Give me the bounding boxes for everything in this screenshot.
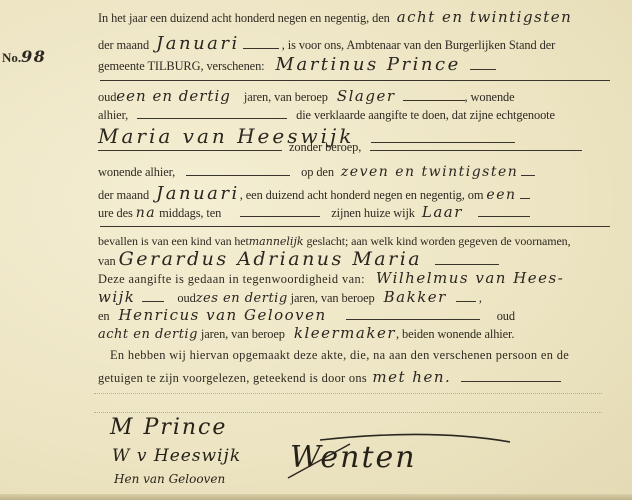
- printed-text: der maand: [98, 38, 149, 52]
- fill-line: [435, 263, 499, 265]
- fill-line: [478, 215, 530, 217]
- fill-line: [470, 68, 496, 70]
- handwritten-witness1-age: zes en dertig: [196, 291, 288, 306]
- printed-text: oud: [497, 309, 515, 323]
- empty-line: [94, 412, 602, 413]
- line-18: getuigen te zijn voorgelezen, geteekend …: [98, 368, 561, 386]
- handwritten-birth-hour: een: [486, 187, 516, 203]
- fill-line: [346, 318, 480, 320]
- printed-text: die verklaarde aangifte te doen, dat zij…: [296, 108, 555, 122]
- printed-text: , een duizend acht honderd negen en nege…: [240, 188, 484, 202]
- page-edge: [0, 494, 632, 500]
- printed-text: , verschenen:: [200, 59, 264, 73]
- fill-line: [456, 300, 476, 302]
- handwritten-witness1-occupation: Bakker: [384, 288, 447, 306]
- signature-witness2: Hen van Gelooven: [114, 472, 225, 486]
- printed-text: jaren, van beroep: [244, 90, 328, 104]
- line-13: Deze aangifte is gedaan in tegenwoordigh…: [98, 269, 564, 287]
- printed-text: getuigen te zijn voorgelezen, geteekend …: [98, 371, 367, 385]
- divider-line: [100, 226, 610, 227]
- signature-father: M Prince: [110, 415, 227, 440]
- handwritten-gender: mannelijk: [249, 235, 304, 248]
- handwritten-witness1-name-cont: wijk: [98, 288, 135, 306]
- printed-text: zijnen huize wijk: [331, 206, 415, 220]
- line-7: zonder beroep,: [98, 140, 582, 155]
- fill-line: [461, 380, 561, 382]
- line-10: ure des na middags, ten zijnen huize wij…: [98, 203, 530, 221]
- printed-text: alhier,: [98, 108, 128, 122]
- handwritten-father-age: een en dertig: [116, 87, 231, 105]
- handwritten-witness2-occupation: kleermaker: [294, 324, 396, 342]
- printed-text: bevallen is van een kind van het: [98, 234, 249, 248]
- line-4: oudeen en dertig jaren, van beroep Slage…: [98, 87, 515, 105]
- printed-text: geslacht; aan welk kind worden gegeven d…: [306, 234, 570, 248]
- printed-text: , is voor ons, Ambtenaar van den Burgerl…: [282, 38, 555, 52]
- printed-text: op den: [301, 165, 334, 179]
- line-16: acht en dertig jaren, van beroep kleerma…: [98, 324, 514, 342]
- handwritten-signed-with: met hen.: [372, 368, 451, 386]
- printed-text: In het jaar een duizend acht honderd neg…: [98, 11, 390, 25]
- handwritten-witness2-name: Henricus van Gelooven: [119, 306, 327, 324]
- printed-text: jaren, van beroep: [291, 291, 375, 305]
- record-number-prefix: No.: [2, 50, 21, 65]
- record-number: No.98: [2, 47, 46, 66]
- fill-line: [186, 174, 290, 176]
- record-number-value: 98: [21, 47, 46, 66]
- printed-text: jaren, van beroep: [201, 327, 285, 341]
- line-2: der maand Januari , is voor ons, Ambtena…: [98, 33, 555, 54]
- printed-text: Deze aangifte is gedaan in tegenwoordigh…: [98, 272, 365, 286]
- fill-line: [137, 117, 287, 119]
- printed-text: ure des: [98, 206, 133, 220]
- municipality-name: TILBURG: [147, 59, 200, 73]
- printed-text: , wonende: [465, 90, 515, 104]
- birth-record-page: No.98 In het jaar een duizend acht honde…: [0, 0, 632, 500]
- line-17: En hebben wij hiervan opgemaakt deze akt…: [110, 348, 569, 363]
- handwritten-witness2-age: acht en dertig: [98, 327, 198, 342]
- printed-text: van: [98, 254, 116, 268]
- printed-text: , beiden wonende alhier.: [396, 327, 514, 341]
- line-12: van Gerardus Adrianus Maria: [98, 248, 499, 270]
- printed-text: En hebben wij hiervan opgemaakt deze akt…: [110, 348, 569, 362]
- handwritten-father-name: Martinus Prince: [276, 54, 461, 75]
- signature-flourish: [280, 430, 520, 490]
- line-3: gemeente TILBURG, verschenen: Martinus P…: [98, 54, 496, 75]
- fill-line: [370, 149, 582, 151]
- printed-text: gemeente: [98, 59, 145, 73]
- divider-line: [100, 80, 610, 81]
- fill-line: [142, 300, 164, 302]
- printed-text: zonder beroep,: [289, 140, 361, 154]
- handwritten-month: Januari: [156, 33, 240, 54]
- printed-text: wonende alhier,: [98, 165, 175, 179]
- line-14: wijk oudzes en dertig jaren, van beroep …: [98, 288, 482, 306]
- fill-line: [98, 149, 282, 151]
- fill-line: [240, 215, 320, 217]
- handwritten-am-pm: na: [136, 205, 156, 221]
- printed-text: der maand: [98, 188, 149, 202]
- printed-text: oud: [177, 291, 195, 305]
- line-1: In het jaar een duizend acht honderd neg…: [98, 8, 572, 26]
- handwritten-birth-day-reported: acht en twintigsten: [397, 8, 573, 26]
- printed-text: oud: [98, 90, 116, 104]
- fill-line: [520, 197, 530, 199]
- line-9: der maand Januari, een duizend acht hond…: [98, 183, 530, 204]
- handwritten-birth-day: zeven en twintigsten: [341, 164, 518, 180]
- printed-text: middags, ten: [159, 206, 221, 220]
- handwritten-child-names: Gerardus Adrianus Maria: [119, 248, 423, 270]
- line-15: en Henricus van Gelooven oud: [98, 306, 515, 324]
- line-8: wonende alhier, op den zeven en twintigs…: [98, 164, 535, 180]
- fill-line: [521, 174, 535, 176]
- line-5: alhier, die verklaarde aangifte te doen,…: [98, 108, 555, 123]
- printed-text: en: [98, 309, 110, 323]
- handwritten-district: Laar: [422, 203, 463, 221]
- handwritten-father-occupation: Slager: [337, 87, 396, 105]
- fill-line: [403, 99, 465, 101]
- empty-line: [94, 393, 602, 394]
- handwritten-birth-month: Januari: [156, 183, 240, 204]
- line-11: bevallen is van een kind van hetmannelij…: [98, 234, 570, 249]
- fill-line: [243, 47, 279, 49]
- signature-witness1: W v Heeswijk: [112, 446, 241, 466]
- handwritten-witness1-name: Wilhelmus van Hees-: [376, 269, 564, 287]
